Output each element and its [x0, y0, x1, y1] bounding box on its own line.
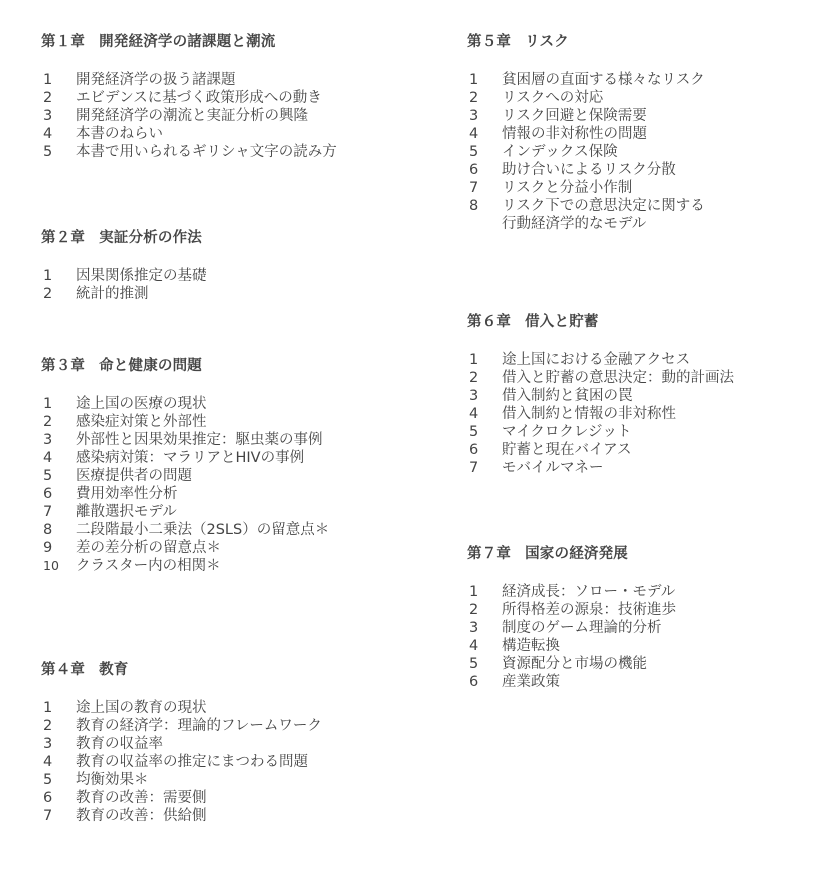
section-number: 3 — [41, 431, 76, 449]
list-item: 4教育の収益率の推定にまつわる問題 — [41, 753, 322, 771]
chapter-heading: 第１章開発経済学の諸課題と潮流 — [41, 33, 337, 51]
section-title: リスクへの対応 — [502, 89, 603, 107]
section-number: 4 — [41, 449, 76, 467]
chapter-heading: 第３章命と健康の問題 — [41, 357, 329, 375]
section-number: 6 — [467, 673, 502, 691]
section-title: 借入と貯蓄の意思決定：動的計画法 — [502, 369, 734, 387]
section-title: リスク回避と保険需要 — [502, 107, 647, 125]
section-title: 途上国の教育の現状 — [76, 699, 207, 717]
list-item: 2エビデンスに基づく政策形成への動き — [41, 89, 337, 107]
chapter-3: 第３章命と健康の問題 1途上国の医療の現状 2感染症対策と外部性 3外部性と因果… — [41, 357, 329, 575]
section-number: 4 — [41, 753, 76, 771]
chapter-number: 第３章 — [41, 358, 85, 374]
section-number: 5 — [41, 143, 76, 161]
section-title: 貧困層の直面する様々なリスク — [502, 71, 705, 89]
section-title: インデックス保険 — [502, 143, 618, 161]
section-number: 1 — [467, 351, 502, 369]
list-item: 2所得格差の源泉：技術進歩 — [467, 601, 676, 619]
chapter-1: 第１章開発経済学の諸課題と潮流 1開発経済学の扱う諸課題 2エビデンスに基づく政… — [41, 33, 337, 161]
section-title: 離散選択モデル — [76, 503, 177, 521]
section-number: 2 — [41, 89, 76, 107]
section-title: リスクと分益小作制 — [502, 179, 632, 197]
chapter-number: 第２章 — [41, 230, 85, 246]
section-number: 8 — [41, 521, 76, 539]
list-item: 3開発経済学の潮流と実証分析の興隆 — [41, 107, 337, 125]
section-title: 本書のねらい — [76, 125, 163, 143]
section-title: 費用効率性分析 — [76, 485, 178, 503]
chapter-heading: 第６章借入と貯蓄 — [467, 313, 734, 331]
chapter-heading: 第５章リスク — [467, 33, 705, 51]
list-item: 1経済成長：ソロー・モデル — [467, 583, 676, 601]
list-item: 6費用効率性分析 — [41, 485, 329, 503]
section-list: 1途上国の教育の現状 2教育の経済学：理論的フレームワーク 3教育の収益率 4教… — [41, 699, 322, 825]
list-item: 4感染病対策：マラリアとHIVの事例 — [41, 449, 329, 467]
section-number: 2 — [467, 89, 502, 107]
section-number: 1 — [467, 71, 502, 89]
section-title: 感染症対策と外部性 — [76, 413, 207, 431]
section-title: 差の差分析の留意点＊ — [76, 539, 221, 557]
section-number: 6 — [467, 441, 502, 459]
section-number: 6 — [467, 161, 502, 179]
list-item: 4構造転換 — [467, 637, 676, 655]
list-item: 5本書で用いられるギリシャ文字の読み方 — [41, 143, 337, 161]
section-number: 5 — [41, 771, 76, 789]
chapter-number: 第１章 — [41, 34, 85, 50]
chapter-heading: 第２章実証分析の作法 — [41, 229, 207, 247]
chapter-title: 教育 — [99, 662, 128, 678]
section-title: リスク下での意思決定に関する 行動経済学的なモデル — [502, 197, 705, 233]
list-item: 1開発経済学の扱う諸課題 — [41, 71, 337, 89]
section-title: 医療提供者の問題 — [76, 467, 192, 485]
section-number: 5 — [467, 143, 502, 161]
list-item: 7モバイルマネー — [467, 459, 734, 477]
chapter-heading: 第７章国家の経済発展 — [467, 545, 676, 563]
section-number: 1 — [41, 71, 76, 89]
section-title: 産業政策 — [502, 673, 560, 691]
chapter-number: 第７章 — [467, 546, 511, 562]
chapter-4: 第４章教育 1途上国の教育の現状 2教育の経済学：理論的フレームワーク 3教育の… — [41, 661, 322, 825]
chapter-title: 実証分析の作法 — [99, 230, 202, 246]
section-number: 2 — [41, 285, 76, 303]
list-item: 1途上国における金融アクセス — [467, 351, 734, 369]
section-number: 7 — [467, 459, 502, 477]
section-list: 1途上国における金融アクセス 2借入と貯蓄の意思決定：動的計画法 3借入制約と貧… — [467, 351, 734, 477]
section-number: 3 — [467, 619, 502, 637]
section-number: 5 — [41, 467, 76, 485]
section-number: 3 — [467, 107, 502, 125]
list-item: 7教育の改善：供給側 — [41, 807, 322, 825]
chapter-6: 第６章借入と貯蓄 1途上国における金融アクセス 2借入と貯蓄の意思決定：動的計画… — [467, 313, 734, 477]
section-title: 二段階最小二乗法（2SLS）の留意点＊ — [76, 521, 329, 539]
section-title: 借入制約と情報の非対称性 — [502, 405, 676, 423]
section-title: 借入制約と貧困の罠 — [502, 387, 633, 405]
section-list: 1経済成長：ソロー・モデル 2所得格差の源泉：技術進歩 3制度のゲーム理論的分析… — [467, 583, 676, 691]
list-item: 7離散選択モデル — [41, 503, 329, 521]
chapter-number: 第５章 — [467, 34, 511, 50]
chapter-2: 第２章実証分析の作法 1因果関係推定の基礎 2統計的推測 — [41, 229, 207, 303]
section-number: 1 — [41, 395, 76, 413]
section-number: 6 — [41, 485, 76, 503]
section-number: 6 — [41, 789, 76, 807]
section-title: 経済成長：ソロー・モデル — [502, 583, 675, 601]
list-item: 5マイクロクレジット — [467, 423, 734, 441]
section-title: モバイルマネー — [502, 459, 604, 477]
section-list: 1途上国の医療の現状 2感染症対策と外部性 3外部性と因果効果推定：駆虫薬の事例… — [41, 395, 329, 575]
section-title: 教育の改善：供給側 — [76, 807, 207, 825]
list-item: 2統計的推測 — [41, 285, 207, 303]
list-item: 8二段階最小二乗法（2SLS）の留意点＊ — [41, 521, 329, 539]
section-list: 1因果関係推定の基礎 2統計的推測 — [41, 267, 207, 303]
chapter-number: 第６章 — [467, 314, 511, 330]
section-number: 4 — [467, 405, 502, 423]
chapter-title: 開発経済学の諸課題と潮流 — [99, 34, 275, 50]
list-item: 6産業政策 — [467, 673, 676, 691]
section-number: 5 — [467, 423, 502, 441]
section-number: 2 — [41, 717, 76, 735]
section-title: 途上国の医療の現状 — [76, 395, 207, 413]
section-number: 2 — [467, 601, 502, 619]
list-item: 5医療提供者の問題 — [41, 467, 329, 485]
list-item: 1貧困層の直面する様々なリスク — [467, 71, 705, 89]
section-number: 8 — [467, 197, 502, 233]
list-item: 4本書のねらい — [41, 125, 337, 143]
section-title: エビデンスに基づく政策形成への動き — [76, 89, 322, 107]
section-number: 1 — [467, 583, 502, 601]
chapter-7: 第７章国家の経済発展 1経済成長：ソロー・モデル 2所得格差の源泉：技術進歩 3… — [467, 545, 676, 691]
section-title: 教育の収益率 — [76, 735, 163, 753]
section-title: 教育の改善：需要側 — [76, 789, 207, 807]
list-item: 3教育の収益率 — [41, 735, 322, 753]
section-title: 構造転換 — [502, 637, 560, 655]
section-title: 外部性と因果効果推定：駆虫薬の事例 — [76, 431, 323, 449]
chapter-number: 第４章 — [41, 662, 85, 678]
section-title: 統計的推測 — [76, 285, 149, 303]
section-title: 開発経済学の扱う諸課題 — [76, 71, 236, 89]
list-item: 5資源配分と市場の機能 — [467, 655, 676, 673]
list-item: 3制度のゲーム理論的分析 — [467, 619, 676, 637]
list-item: 2借入と貯蓄の意思決定：動的計画法 — [467, 369, 734, 387]
section-list: 1開発経済学の扱う諸課題 2エビデンスに基づく政策形成への動き 3開発経済学の潮… — [41, 71, 337, 161]
section-title: 助け合いによるリスク分散 — [502, 161, 676, 179]
section-number: 4 — [467, 125, 502, 143]
section-number: 2 — [467, 369, 502, 387]
section-number: 3 — [41, 735, 76, 753]
list-item: 1途上国の教育の現状 — [41, 699, 322, 717]
list-item: 9差の差分析の留意点＊ — [41, 539, 329, 557]
section-title: 本書で用いられるギリシャ文字の読み方 — [76, 143, 337, 161]
list-item: 7リスクと分益小作制 — [467, 179, 705, 197]
section-title: 感染病対策：マラリアとHIVの事例 — [76, 449, 304, 467]
list-item: 3外部性と因果効果推定：駆虫薬の事例 — [41, 431, 329, 449]
list-item: 2感染症対策と外部性 — [41, 413, 329, 431]
section-number: 4 — [467, 637, 502, 655]
section-number: 1 — [41, 267, 76, 285]
list-item: 5均衡効果＊ — [41, 771, 322, 789]
chapter-title: 借入と貯蓄 — [525, 314, 599, 330]
section-title: 開発経済学の潮流と実証分析の興隆 — [76, 107, 308, 125]
list-item: 6助け合いによるリスク分散 — [467, 161, 705, 179]
section-title: 因果関係推定の基礎 — [76, 267, 207, 285]
list-item: 2リスクへの対応 — [467, 89, 705, 107]
list-item: 2教育の経済学：理論的フレームワーク — [41, 717, 322, 735]
list-item: 3リスク回避と保険需要 — [467, 107, 705, 125]
section-title: 所得格差の源泉：技術進歩 — [502, 601, 676, 619]
section-title: 教育の経済学：理論的フレームワーク — [76, 717, 322, 735]
section-title: 貯蓄と現在バイアス — [502, 441, 631, 459]
section-title: 制度のゲーム理論的分析 — [502, 619, 662, 637]
section-number: 7 — [467, 179, 502, 197]
chapter-title: リスク — [525, 34, 569, 50]
section-number: 7 — [41, 807, 76, 825]
section-number: 7 — [41, 503, 76, 521]
section-number: 5 — [467, 655, 502, 673]
list-item: 6教育の改善：需要側 — [41, 789, 322, 807]
list-item: 8リスク下での意思決定に関する 行動経済学的なモデル — [467, 197, 705, 233]
chapter-5: 第５章リスク 1貧困層の直面する様々なリスク 2リスクへの対応 3リスク回避と保… — [467, 33, 705, 233]
section-list: 1貧困層の直面する様々なリスク 2リスクへの対応 3リスク回避と保険需要 4情報… — [467, 71, 705, 233]
section-title: クラスター内の相関＊ — [76, 557, 221, 575]
section-title: 途上国における金融アクセス — [502, 351, 690, 369]
section-number: 2 — [41, 413, 76, 431]
section-number: 4 — [41, 125, 76, 143]
section-number: 9 — [41, 539, 76, 557]
section-number: 3 — [467, 387, 502, 405]
list-item: 4借入制約と情報の非対称性 — [467, 405, 734, 423]
section-title: 情報の非対称性の問題 — [502, 125, 647, 143]
list-item: 4情報の非対称性の問題 — [467, 125, 705, 143]
list-item: 6貯蓄と現在バイアス — [467, 441, 734, 459]
list-item: 1因果関係推定の基礎 — [41, 267, 207, 285]
chapter-heading: 第４章教育 — [41, 661, 322, 679]
chapter-title: 国家の経済発展 — [525, 546, 628, 562]
section-title: 均衡効果＊ — [76, 771, 149, 789]
section-title: 資源配分と市場の機能 — [502, 655, 647, 673]
list-item: 10クラスター内の相関＊ — [41, 557, 329, 575]
chapter-title: 命と健康の問題 — [99, 358, 202, 374]
section-title: マイクロクレジット — [502, 423, 632, 441]
list-item: 5インデックス保険 — [467, 143, 705, 161]
section-number: 1 — [41, 699, 76, 717]
section-number: 3 — [41, 107, 76, 125]
list-item: 3借入制約と貧困の罠 — [467, 387, 734, 405]
section-number: 10 — [41, 557, 76, 575]
list-item: 1途上国の医療の現状 — [41, 395, 329, 413]
section-title: 教育の収益率の推定にまつわる問題 — [76, 753, 308, 771]
